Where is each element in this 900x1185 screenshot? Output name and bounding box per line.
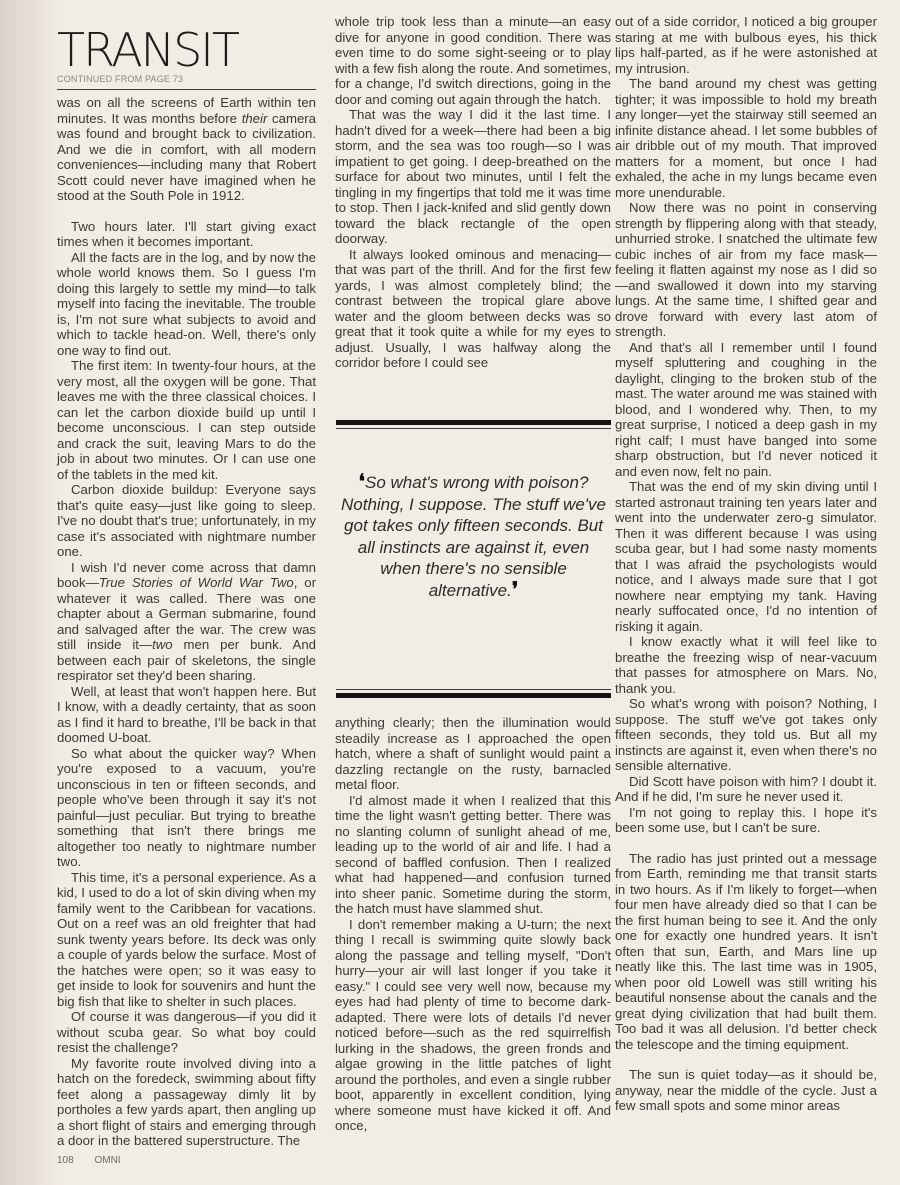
paragraph: That was the way I did it the last time.… — [335, 107, 611, 247]
paragraph: So what's wrong with poison? Nothing, I … — [615, 696, 877, 774]
text-column-2-top: whole trip took less than a minute—an ea… — [335, 14, 611, 371]
paragraph: My favorite route involved diving into a… — [57, 1056, 316, 1149]
pull-quote-bottom-rule — [336, 693, 611, 698]
paragraph: Of course it was dangerous—if you did it… — [57, 1009, 316, 1056]
paragraph: whole trip took less than a minute—an ea… — [335, 14, 611, 107]
text-column-2-bottom: anything clearly; then the illumination … — [335, 715, 611, 1134]
header-divider — [57, 89, 316, 90]
pull-quote-top-thin-rule — [336, 428, 611, 429]
pull-quote-bottom-thin-rule — [336, 689, 611, 690]
page-footer: 108 OMNI — [57, 1155, 139, 1166]
paragraph: The first item: In twenty-four hours, at… — [57, 358, 316, 482]
text-column-1: was on all the screens of Earth within t… — [57, 95, 316, 1149]
page-gutter-shadow — [0, 0, 60, 1185]
paragraph: I don't remember making a U-turn; the ne… — [335, 917, 611, 1134]
paragraph: I'm not going to replay this. I hope it'… — [615, 805, 877, 836]
paragraph: I'd almost made it when I realized that … — [335, 793, 611, 917]
paragraph: And that's all I remember until I found … — [615, 340, 877, 480]
paragraph: Did Scott have poison with him? I doubt … — [615, 774, 877, 805]
paragraph: It always looked ominous and menacing—th… — [335, 247, 611, 371]
paragraph: out of a side corridor, I noticed a big … — [615, 14, 877, 76]
paragraph: The sun is quiet today—as it should be, … — [615, 1067, 877, 1114]
close-quote-icon: ❜ — [512, 579, 518, 601]
paragraph: This time, it's a personal experience. A… — [57, 870, 316, 1010]
paragraph: That was the end of my skin diving until… — [615, 479, 877, 634]
paragraph: was on all the screens of Earth within t… — [57, 95, 316, 204]
magazine-name: OMNI — [94, 1155, 120, 1166]
paragraph: I know exactly what it will feel like to… — [615, 634, 877, 696]
paragraph: So what about the quicker way? When you'… — [57, 746, 316, 870]
paragraph: Well, at least that won't happen here. B… — [57, 684, 316, 746]
text-column-3: out of a side corridor, I noticed a big … — [615, 14, 877, 1114]
paragraph: The band around my chest was getting tig… — [615, 76, 877, 200]
pull-quote-text: ❛So what's wrong with poison? Nothing, I… — [336, 472, 611, 601]
pull-quote: ❛So what's wrong with poison? Nothing, I… — [336, 420, 611, 698]
paragraph: All the facts are in the log, and by now… — [57, 250, 316, 359]
paragraph: I wish I'd never come across that damn b… — [57, 560, 316, 684]
pull-quote-top-rule — [336, 420, 611, 425]
paragraph: Now there was no point in conserving str… — [615, 200, 877, 340]
paragraph: anything clearly; then the illumination … — [335, 715, 611, 793]
article-title: TRANSIT — [57, 28, 317, 72]
paragraph: The radio has just printed out a message… — [615, 851, 877, 1053]
page-number: 108 — [57, 1155, 74, 1166]
paragraph: Two hours later. I'll start giving exact… — [57, 219, 316, 250]
article-header: TRANSIT CONTINUED FROM PAGE 73 — [57, 28, 317, 84]
paragraph: Carbon dioxide buildup: Everyone says th… — [57, 482, 316, 560]
